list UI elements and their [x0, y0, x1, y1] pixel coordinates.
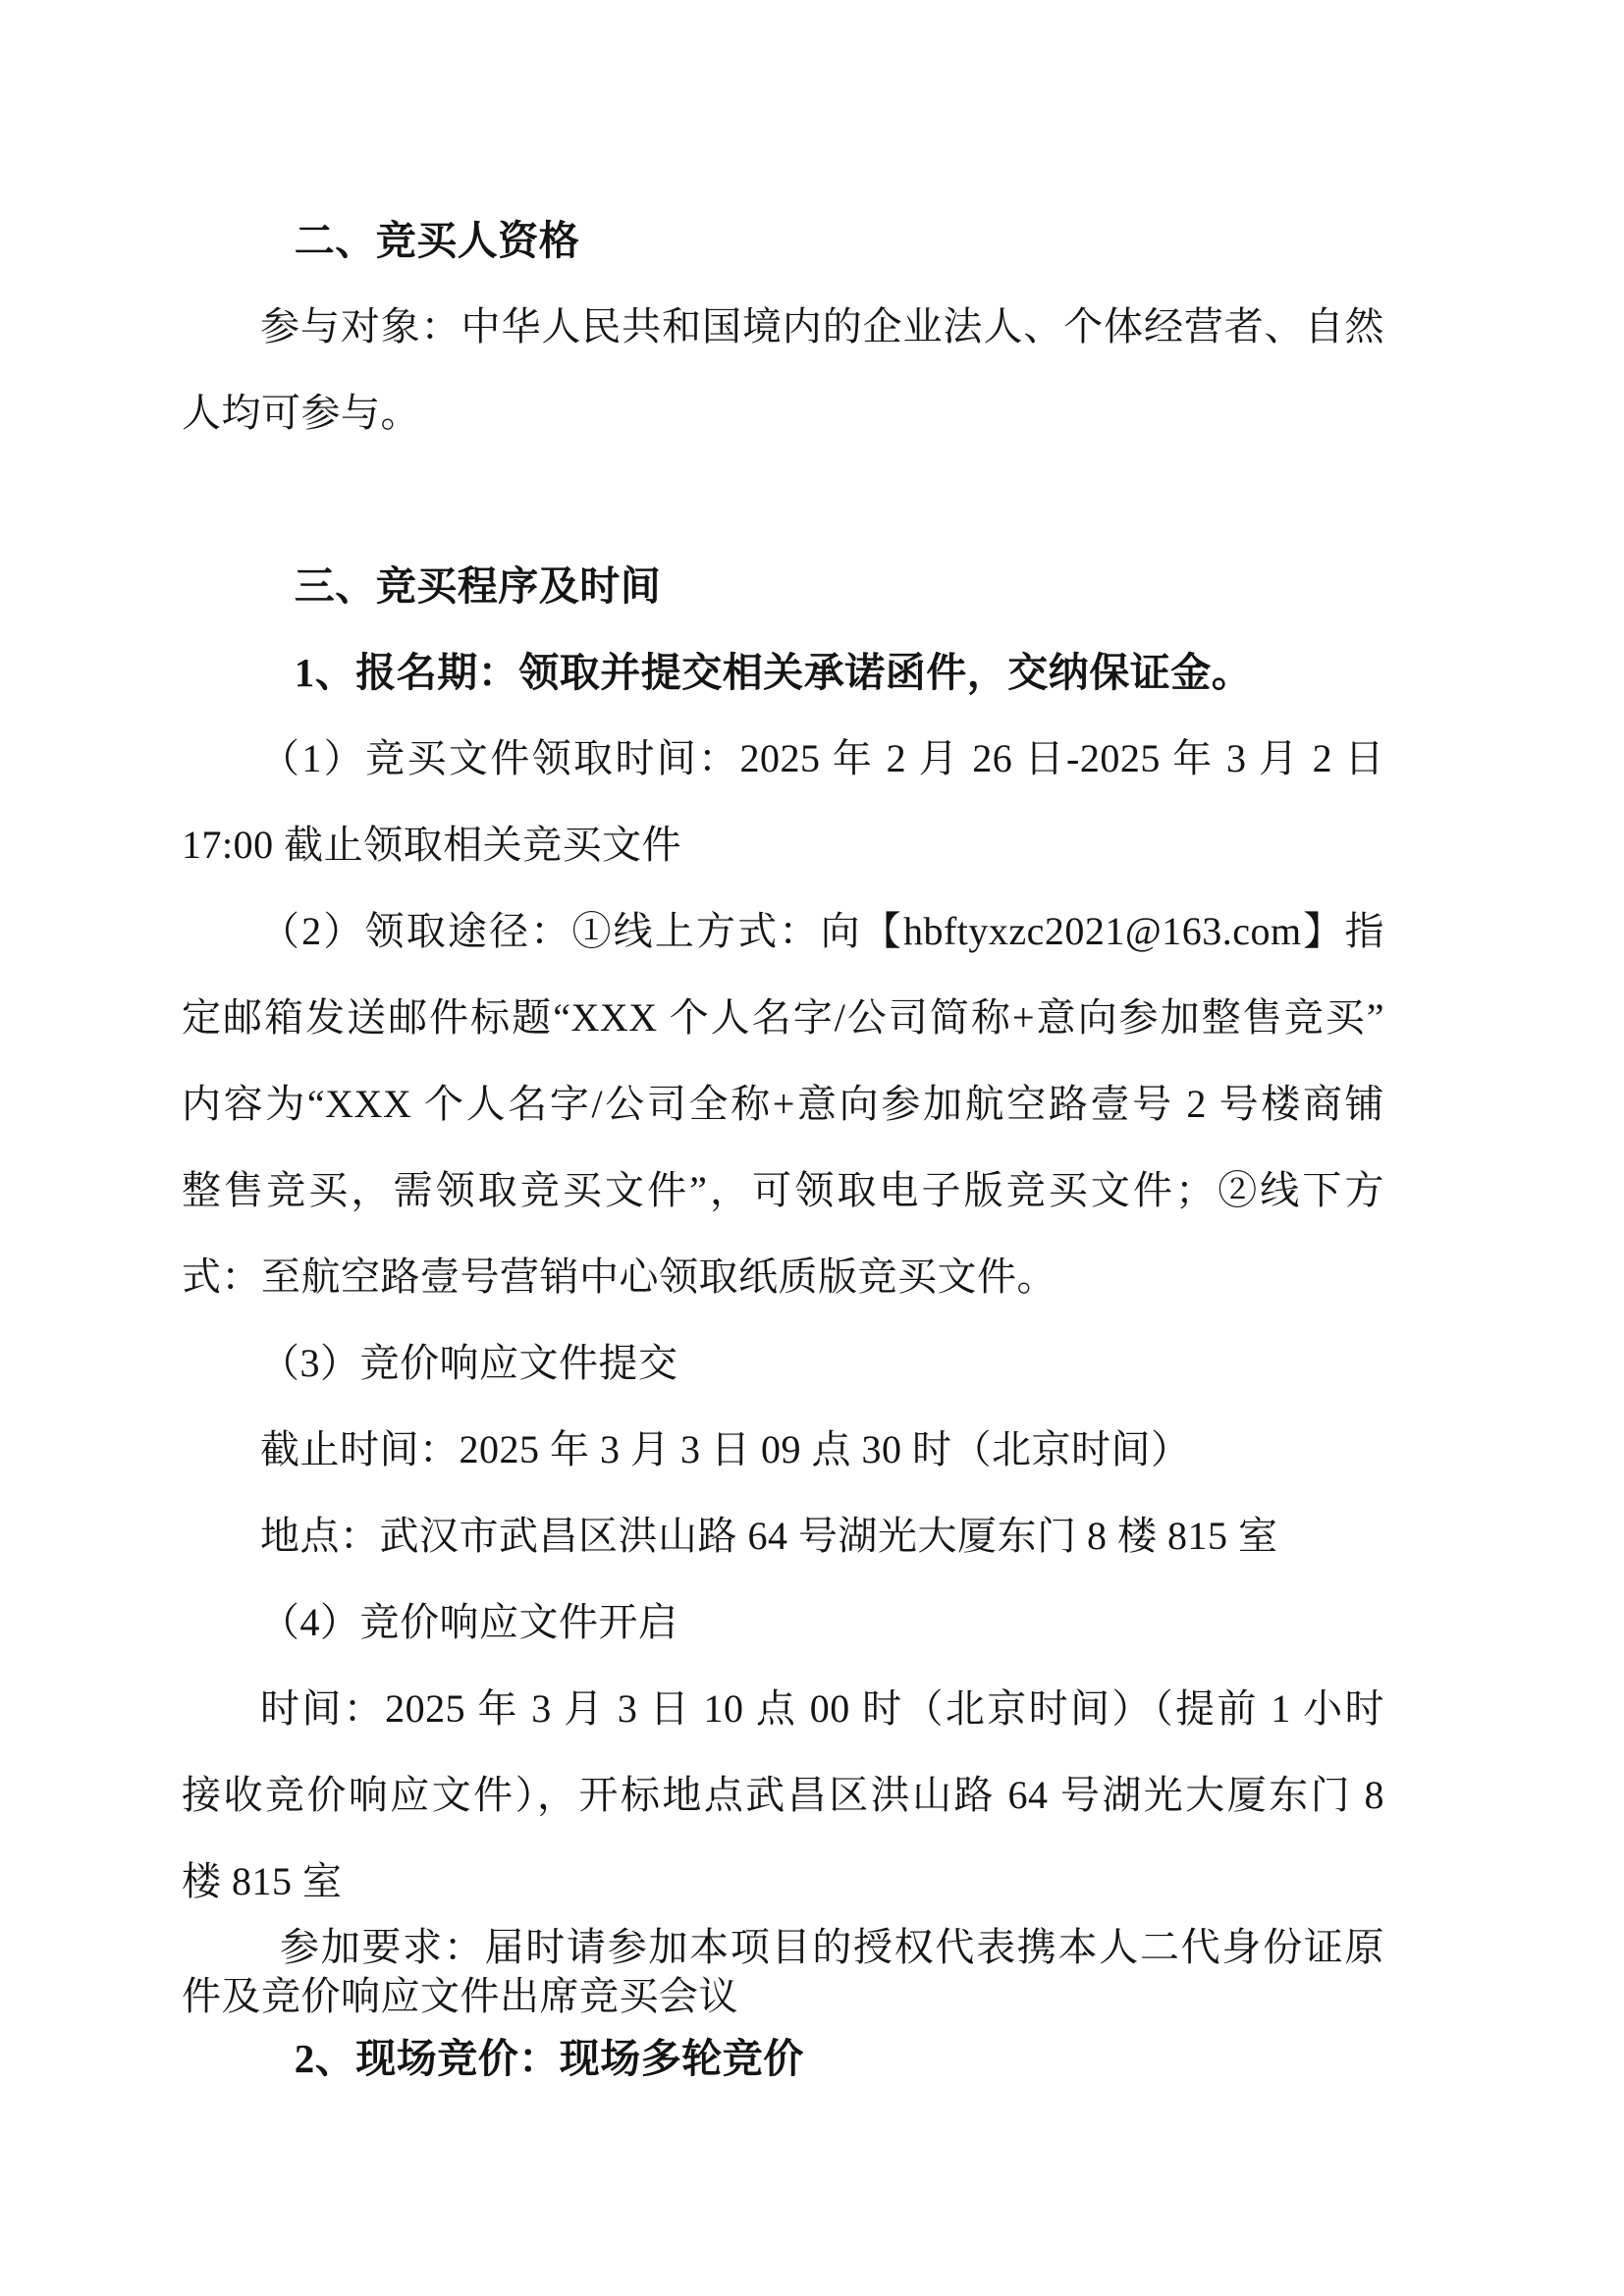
doc-line: 楼 815 室 [182, 1839, 1384, 1925]
doc-line: 定邮箱发送邮件标题“XXX 个人名字/公司简称+意向参加整售竞买” [182, 975, 1384, 1061]
doc-line: （4）竞价响应文件开启 [182, 1579, 1384, 1666]
doc-line: 人均可参与。 [182, 370, 1384, 456]
doc-line: 参加要求：届时请参加本项目的授权代表携本人二代身份证原 [182, 1925, 1384, 1970]
doc-line: 三、竞买程序及时间 [182, 543, 1384, 629]
document-body: 二、竞买人资格参与对象：中华人民共和国境内的企业法人、个体经营者、自然人均可参与… [182, 197, 1384, 2095]
doc-line: 式：至航空路壹号营销中心领取纸质版竞买文件。 [182, 1234, 1384, 1320]
doc-line: （1）竞买文件领取时间：2025 年 2 月 26 日-2025 年 3 月 2… [182, 716, 1384, 802]
doc-line [182, 456, 1384, 543]
doc-line: 时间：2025 年 3 月 3 日 10 点 00 时（北京时间）（提前 1 小… [182, 1666, 1384, 1752]
doc-line: 二、竞买人资格 [182, 197, 1384, 284]
doc-line: 2、现场竞价：现场多轮竞价 [182, 2022, 1384, 2095]
doc-line: 参与对象：中华人民共和国境内的企业法人、个体经营者、自然 [182, 284, 1384, 370]
doc-line: 1、报名期：领取并提交相关承诺函件，交纳保证金。 [182, 629, 1384, 716]
doc-line: 截止时间：2025 年 3 月 3 日 09 点 30 时（北京时间） [182, 1407, 1384, 1493]
doc-line: 整售竞买，需领取竞买文件”，可领取电子版竞买文件；②线下方 [182, 1148, 1384, 1234]
doc-line: 17:00 截止领取相关竞买文件 [182, 802, 1384, 888]
doc-line: 接收竞价响应文件），开标地点武昌区洪山路 64 号湖光大厦东门 8 [182, 1752, 1384, 1839]
document-page: 二、竞买人资格参与对象：中华人民共和国境内的企业法人、个体经营者、自然人均可参与… [0, 0, 1624, 2296]
doc-line: （3）竞价响应文件提交 [182, 1320, 1384, 1407]
doc-line: （2）领取途径：①线上方式：向【hbftyxzc2021@163.com】指 [182, 888, 1384, 975]
doc-line: 件及竞价响应文件出席竞买会议 [182, 1970, 1384, 2022]
doc-line: 内容为“XXX 个人名字/公司全称+意向参加航空路壹号 2 号楼商铺 [182, 1061, 1384, 1148]
doc-line: 地点：武汉市武昌区洪山路 64 号湖光大厦东门 8 楼 815 室 [182, 1493, 1384, 1579]
